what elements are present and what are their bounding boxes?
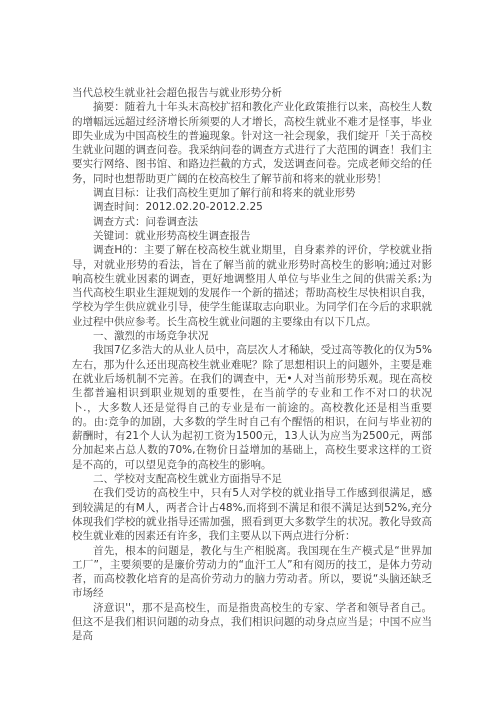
document-page: 当代总校生就业社会超色报告与就业形势分析 摘要：随着九十年头末高校扩招和教化产业… [72, 86, 432, 644]
meta-line-survey-method: 调查方式：问卷调查法 [72, 215, 432, 229]
section-2-heading: 二、学校对支配高校生就业方面指导不足 [72, 472, 432, 486]
doc-title: 当代总校生就业社会超色报告与就业形势分析 [72, 86, 432, 100]
section-1-paragraph-1: 我国7亿多浩大的从业人员中，高层次人才稀缺，受过高等教化的仅为5%左右，那为什么… [72, 343, 432, 472]
meta-line-survey-time: 调查时间：2012.02.20-2012.2.25 [72, 200, 432, 214]
section-2-paragraph-1: 在我们受访的高校生中，只有5人对学校的就业指导工作感到很满足，感到较满足的有M人… [72, 486, 432, 543]
abstract-paragraph: 摘要：随着九十年头末高校扩招和教化产业化政策推行以来，高校生人数的增幅远远超过经… [72, 100, 432, 186]
purpose-paragraph: 调查H的：主要了解在校高校生就业期里，自身素养的评价，学校就业指导，对就业形势的… [72, 243, 432, 329]
section-2-paragraph-3: 济意识''，那不是高校生，而是指贵高校生的专家、学者和领导者自己。但这不是我们相… [72, 601, 432, 644]
meta-line-keywords: 关键词：就业形势高校生调查报告 [72, 229, 432, 243]
section-2-paragraph-2: 首先，根本的问题是，教化与生产相脱离。我国现在生产模式是“世界加工厂”，主要须要… [72, 544, 432, 601]
meta-line-survey-goal: 调直目标：让我们高校生更加了解行前和将来的就业形势 [72, 186, 432, 200]
section-1-heading: 一、激烈的市场竞争状况 [72, 329, 432, 343]
